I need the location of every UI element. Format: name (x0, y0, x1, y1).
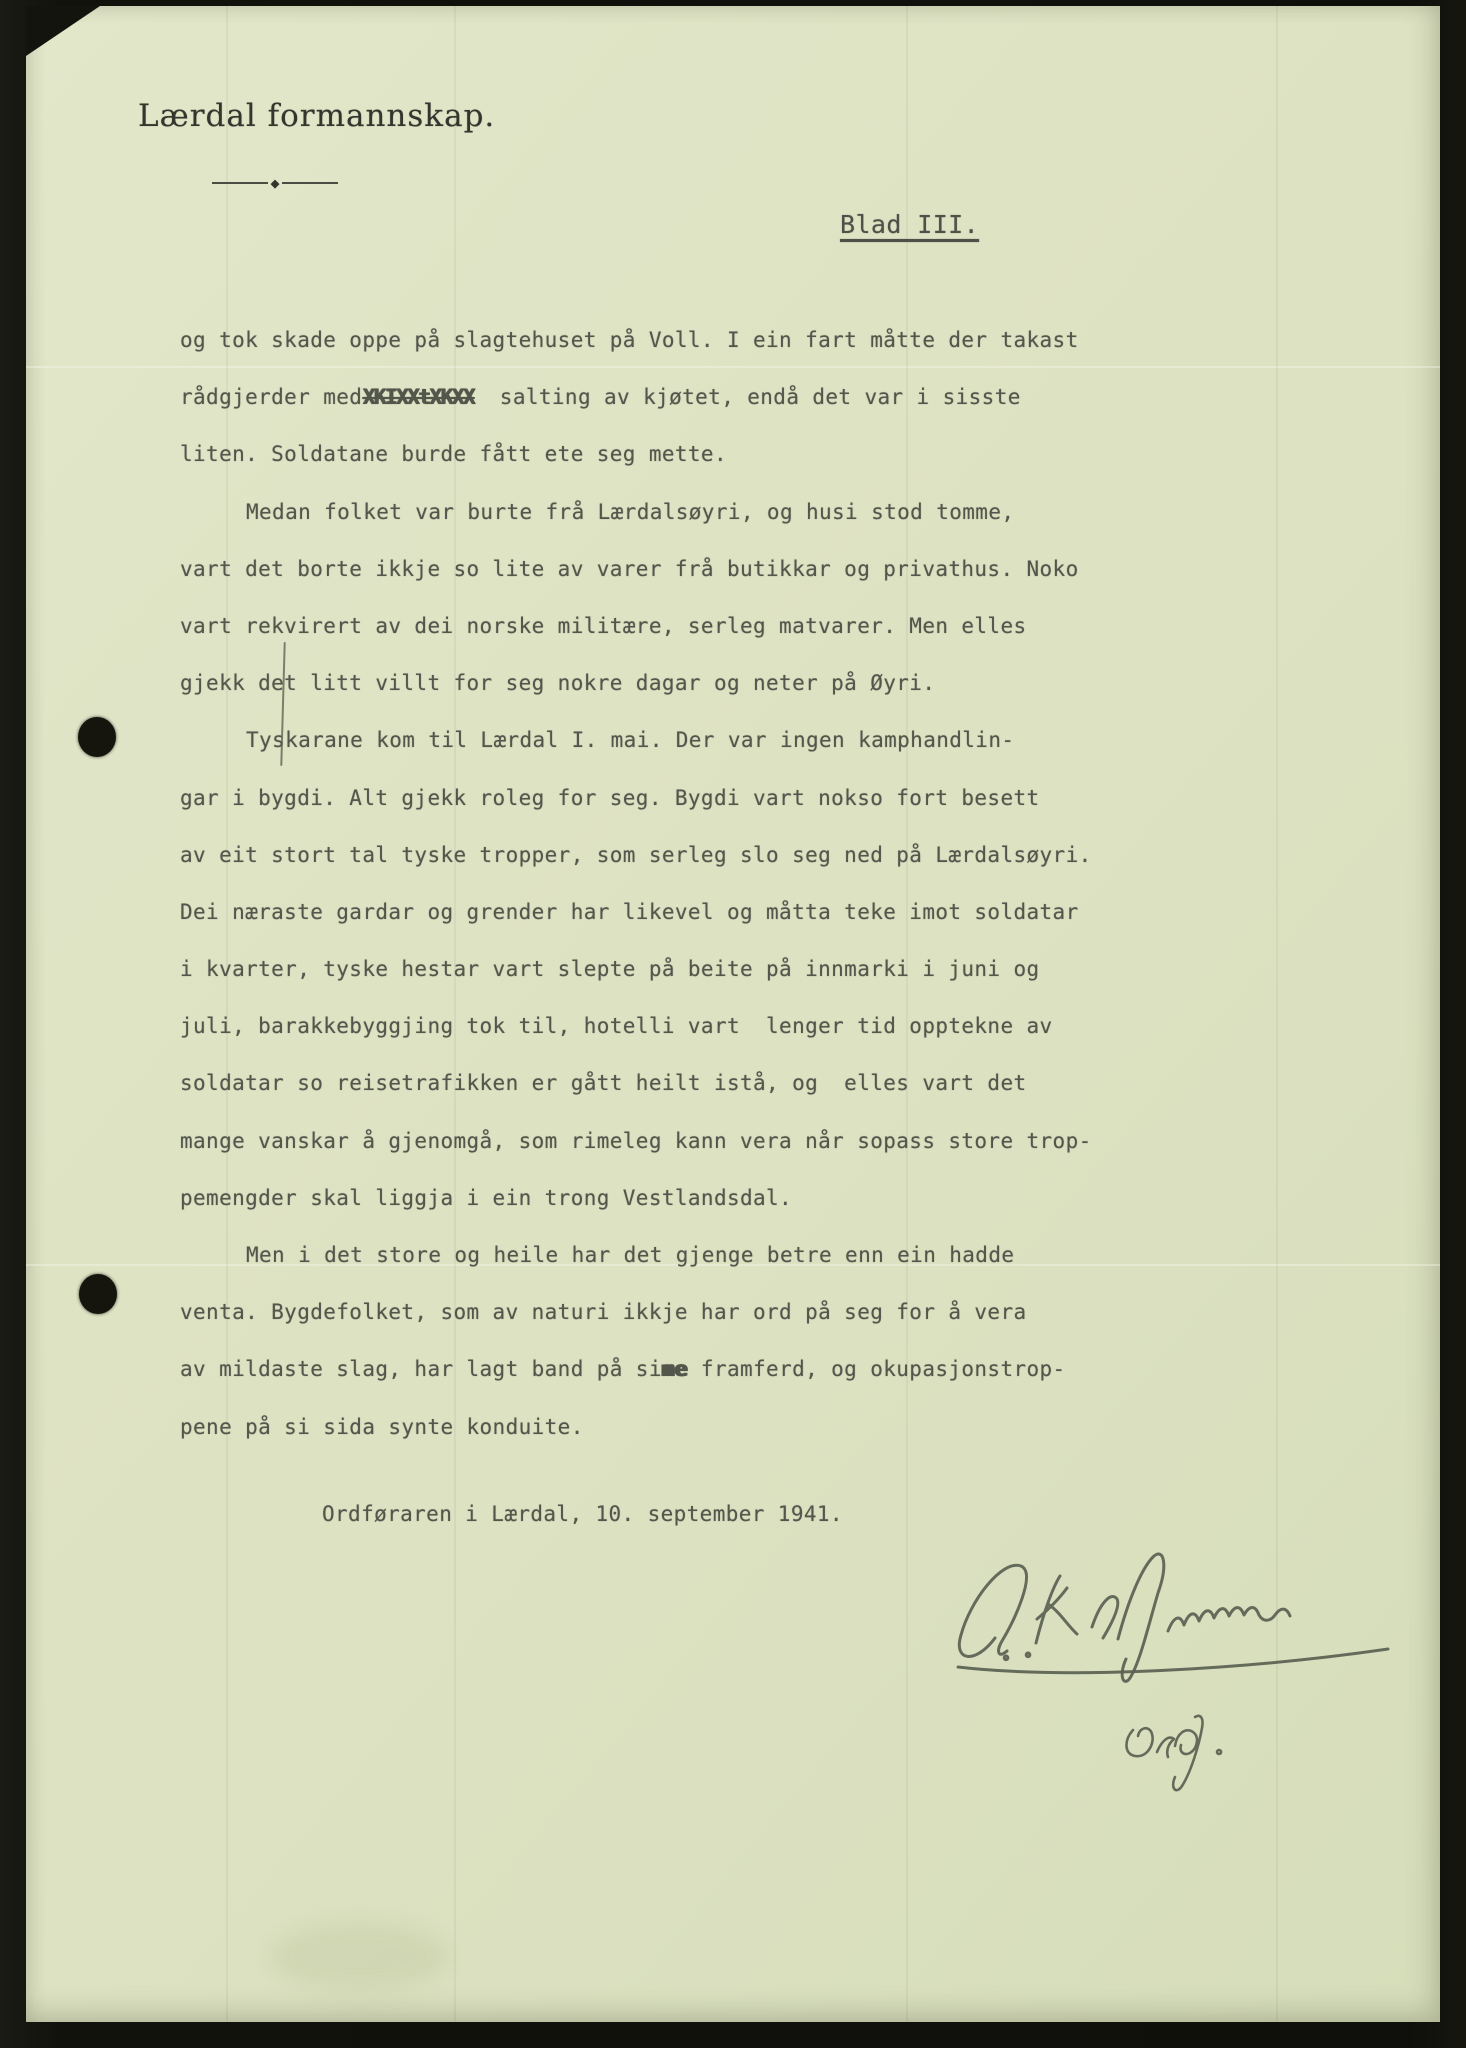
typed-text: og tok skade oppe på slagtehuset på Voll… (180, 328, 1079, 352)
typed-line: gar i bygdi. Alt gjekk roleg for seg. By… (180, 786, 1140, 843)
typed-text: soldatar so reisetrafikken er gått heilt… (180, 1071, 1027, 1095)
signature-handwriting (940, 1543, 1410, 1693)
typed-line: av mildaste slag, har lagt band på sime … (180, 1357, 1140, 1414)
typed-text: vart rekvirert av dei norske militære, s… (180, 614, 1027, 638)
typed-line: vart det borte ikkje so lite av varer fr… (180, 557, 1140, 614)
punch-hole-top (78, 717, 116, 757)
closing-line: Ordføraren i Lærdal, 10. september 1941. (322, 1502, 843, 1526)
typed-line: Men i det store og heile har det gjenge … (180, 1243, 1140, 1300)
typed-text: av mildaste slag, har lagt band på si (180, 1357, 662, 1381)
letterhead-divider: ◆ (212, 174, 338, 192)
typed-text: Medan folket var burte frå Lærdalsøyri, … (246, 500, 1014, 524)
typed-text: gjekk det litt villt for seg nokre dagar… (180, 671, 935, 695)
typed-line: juli, barakkebyggjing tok til, hotelli v… (180, 1014, 1140, 1071)
typed-body: og tok skade oppe på slagtehuset på Voll… (180, 328, 1140, 1472)
typed-text: i kvarter, tyske hestar vart slepte på b… (180, 957, 1040, 981)
letterhead-text: Lærdal formannskap. (138, 98, 495, 134)
document-scan: Lærdal formannskap. ◆ Blad III. og tok s… (0, 0, 1466, 2048)
diamond-ornament-icon: ◆ (268, 176, 281, 191)
divider-rule (212, 182, 268, 184)
typed-text: mange vanskar å gjenomgå, som rimeleg ka… (180, 1129, 1092, 1153)
typed-text: rådgjerder med (180, 385, 362, 409)
typed-text: gar i bygdi. Alt gjekk roleg for seg. By… (180, 786, 1040, 810)
scan-streak (1276, 6, 1278, 2022)
typed-text: Men i det store og heile har det gjenge … (246, 1243, 1014, 1267)
typed-line: og tok skade oppe på slagtehuset på Voll… (180, 328, 1140, 385)
typed-text: pemengder skal liggja i ein trong Vestla… (180, 1186, 792, 1210)
typed-line: liten. Soldatane burde fått ete seg mett… (180, 442, 1140, 499)
typed-line: venta. Bygdefolket, som av naturi ikkje … (180, 1300, 1140, 1357)
typed-text: pene på si sida synte konduite. (180, 1415, 584, 1439)
typed-line: Dei næraste gardar og grender har likeve… (180, 900, 1140, 957)
typed-text: Dei næraste gardar og grender har likeve… (180, 900, 1079, 924)
typed-text: Tyskarane kom til Lærdal I. mai. Der var… (246, 728, 1014, 752)
typed-text: salting av kjøtet, endå det var i sisste (474, 385, 1021, 409)
struck-text: XKIXXtXKXX (362, 385, 473, 409)
typed-line: av eit stort tal tyske tropper, som serl… (180, 843, 1140, 900)
smudge-stain (270, 1922, 450, 1992)
typed-line: mange vanskar å gjenomgå, som rimeleg ka… (180, 1129, 1140, 1186)
typed-line: pemengder skal liggja i ein trong Vestla… (180, 1186, 1140, 1243)
typed-line: gjekk det litt villt for seg nokre dagar… (180, 671, 1140, 728)
typed-line: rådgjerder medXKIXXtXKXX salting av kjøt… (180, 385, 1140, 442)
overtype-text: me (662, 1357, 688, 1381)
torn-corner (26, 6, 100, 56)
page-label: Blad III. (840, 210, 979, 239)
typed-text: juli, barakkebyggjing tok til, hotelli v… (180, 1014, 1053, 1038)
signature-role-handwriting (1115, 1688, 1265, 1793)
typed-text: venta. Bygdefolket, som av naturi ikkje … (180, 1300, 1027, 1324)
typed-line: Medan folket var burte frå Lærdalsøyri, … (180, 500, 1140, 557)
typed-line: vart rekvirert av dei norske militære, s… (180, 614, 1140, 671)
typed-text: liten. Soldatane burde fått ete seg mett… (180, 442, 727, 466)
typed-text: framferd, og okupasjonstrop- (688, 1357, 1066, 1381)
typed-text: av eit stort tal tyske tropper, som serl… (180, 843, 1092, 867)
typed-line: soldatar so reisetrafikken er gått heilt… (180, 1071, 1140, 1128)
divider-rule (282, 182, 338, 184)
typed-line: Tyskarane kom til Lærdal I. mai. Der var… (180, 728, 1140, 785)
punch-hole-bottom (79, 1274, 117, 1314)
typed-line: pene på si sida synte konduite. (180, 1415, 1140, 1472)
paper: Lærdal formannskap. ◆ Blad III. og tok s… (26, 6, 1440, 2022)
typed-line: i kvarter, tyske hestar vart slepte på b… (180, 957, 1140, 1014)
typed-text: vart det borte ikkje so lite av varer fr… (180, 557, 1079, 581)
